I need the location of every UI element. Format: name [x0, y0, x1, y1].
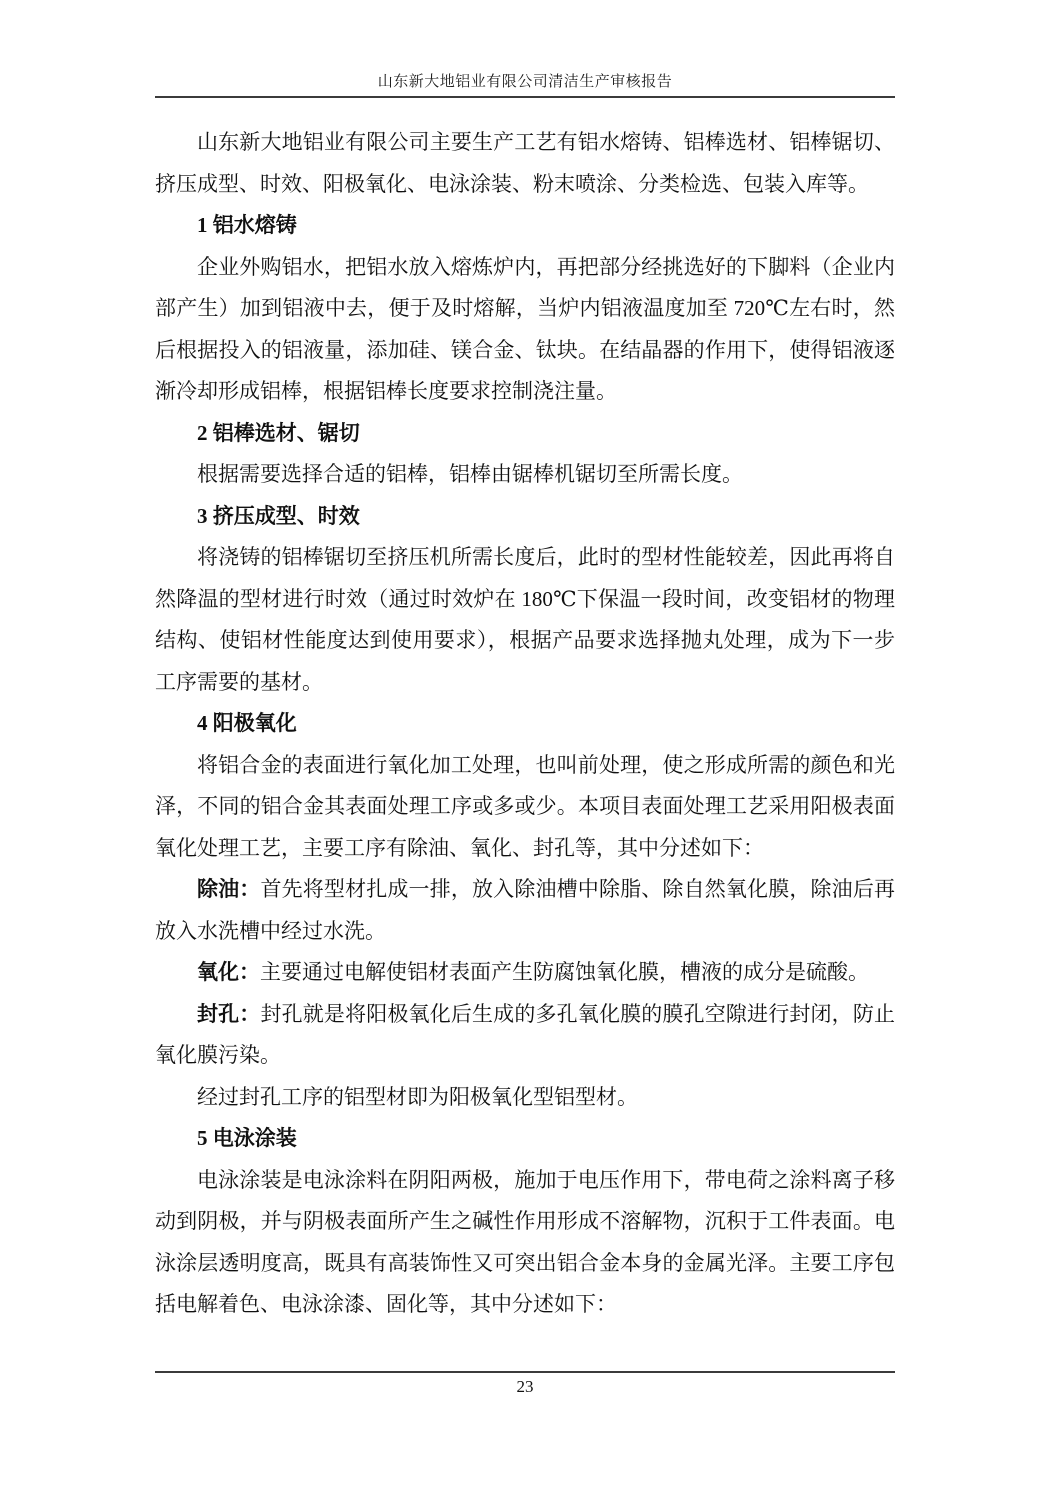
paragraph-oxidation: 氧化：主要通过电解使铝材表面产生防腐蚀氧化膜，槽液的成分是硫酸。: [155, 952, 895, 994]
page-number: 23: [155, 1373, 895, 1399]
paragraph-intro: 山东新大地铝业有限公司主要生产工艺有铝水熔铸、铝棒选材、铝棒锯切、挤压成型、时效…: [155, 122, 895, 205]
paragraph-sealing: 封孔：封孔就是将阳极氧化后生成的多孔氧化膜的膜孔空隙进行封闭，防止氧化膜污染。: [155, 994, 895, 1077]
page-header: 山东新大地铝业有限公司清洁生产审核报告: [155, 71, 895, 98]
paragraph-anodized-closing: 经过封孔工序的铝型材即为阳极氧化型铝型材。: [155, 1077, 895, 1119]
section-heading-5: 5 电泳涂装: [155, 1118, 895, 1160]
paragraph-section-1: 企业外购铝水，把铝水放入熔炼炉内，再把部分经挑选好的下脚料（企业内部产生）加到铝…: [155, 247, 895, 413]
document-page: 山东新大地铝业有限公司清洁生产审核报告 山东新大地铝业有限公司主要生产工艺有铝水…: [0, 0, 1050, 1485]
page-footer: 23: [155, 1371, 895, 1399]
section-heading-1: 1 铝水熔铸: [155, 205, 895, 247]
paragraph-degrease: 除油：首先将型材扎成一排，放入除油槽中除脂、除自然氧化膜，除油后再放入水洗槽中经…: [155, 869, 895, 952]
sealing-text: 封孔就是将阳极氧化后生成的多孔氧化膜的膜孔空隙进行封闭，防止氧化膜污染。: [155, 1002, 895, 1068]
paragraph-section-5: 电泳涂装是电泳涂料在阴阳两极，施加于电压作用下，带电荷之涂料离子移动到阴极，并与…: [155, 1160, 895, 1326]
section-heading-3: 3 挤压成型、时效: [155, 496, 895, 538]
oxidation-text: 主要通过电解使铝材表面产生防腐蚀氧化膜，槽液的成分是硫酸。: [260, 960, 869, 984]
degrease-lead-label: 除油：: [197, 877, 260, 901]
sealing-lead-label: 封孔：: [197, 1002, 260, 1026]
header-title: 山东新大地铝业有限公司清洁生产审核报告: [155, 71, 895, 93]
paragraph-section-2: 根据需要选择合适的铝棒，铝棒由锯棒机锯切至所需长度。: [155, 454, 895, 496]
paragraph-section-4: 将铝合金的表面进行氧化加工处理，也叫前处理，使之形成所需的颜色和光泽，不同的铝合…: [155, 745, 895, 870]
degrease-text: 首先将型材扎成一排，放入除油槽中除脂、除自然氧化膜，除油后再放入水洗槽中经过水洗…: [155, 877, 895, 943]
section-heading-4: 4 阳极氧化: [155, 703, 895, 745]
paragraph-section-3: 将浇铸的铝棒锯切至挤压机所需长度后，此时的型材性能较差，因此再将自然降温的型材进…: [155, 537, 895, 703]
section-heading-2: 2 铝棒选材、锯切: [155, 413, 895, 455]
oxidation-lead-label: 氧化：: [197, 960, 260, 984]
document-body: 山东新大地铝业有限公司主要生产工艺有铝水熔铸、铝棒选材、铝棒锯切、挤压成型、时效…: [155, 122, 895, 1326]
